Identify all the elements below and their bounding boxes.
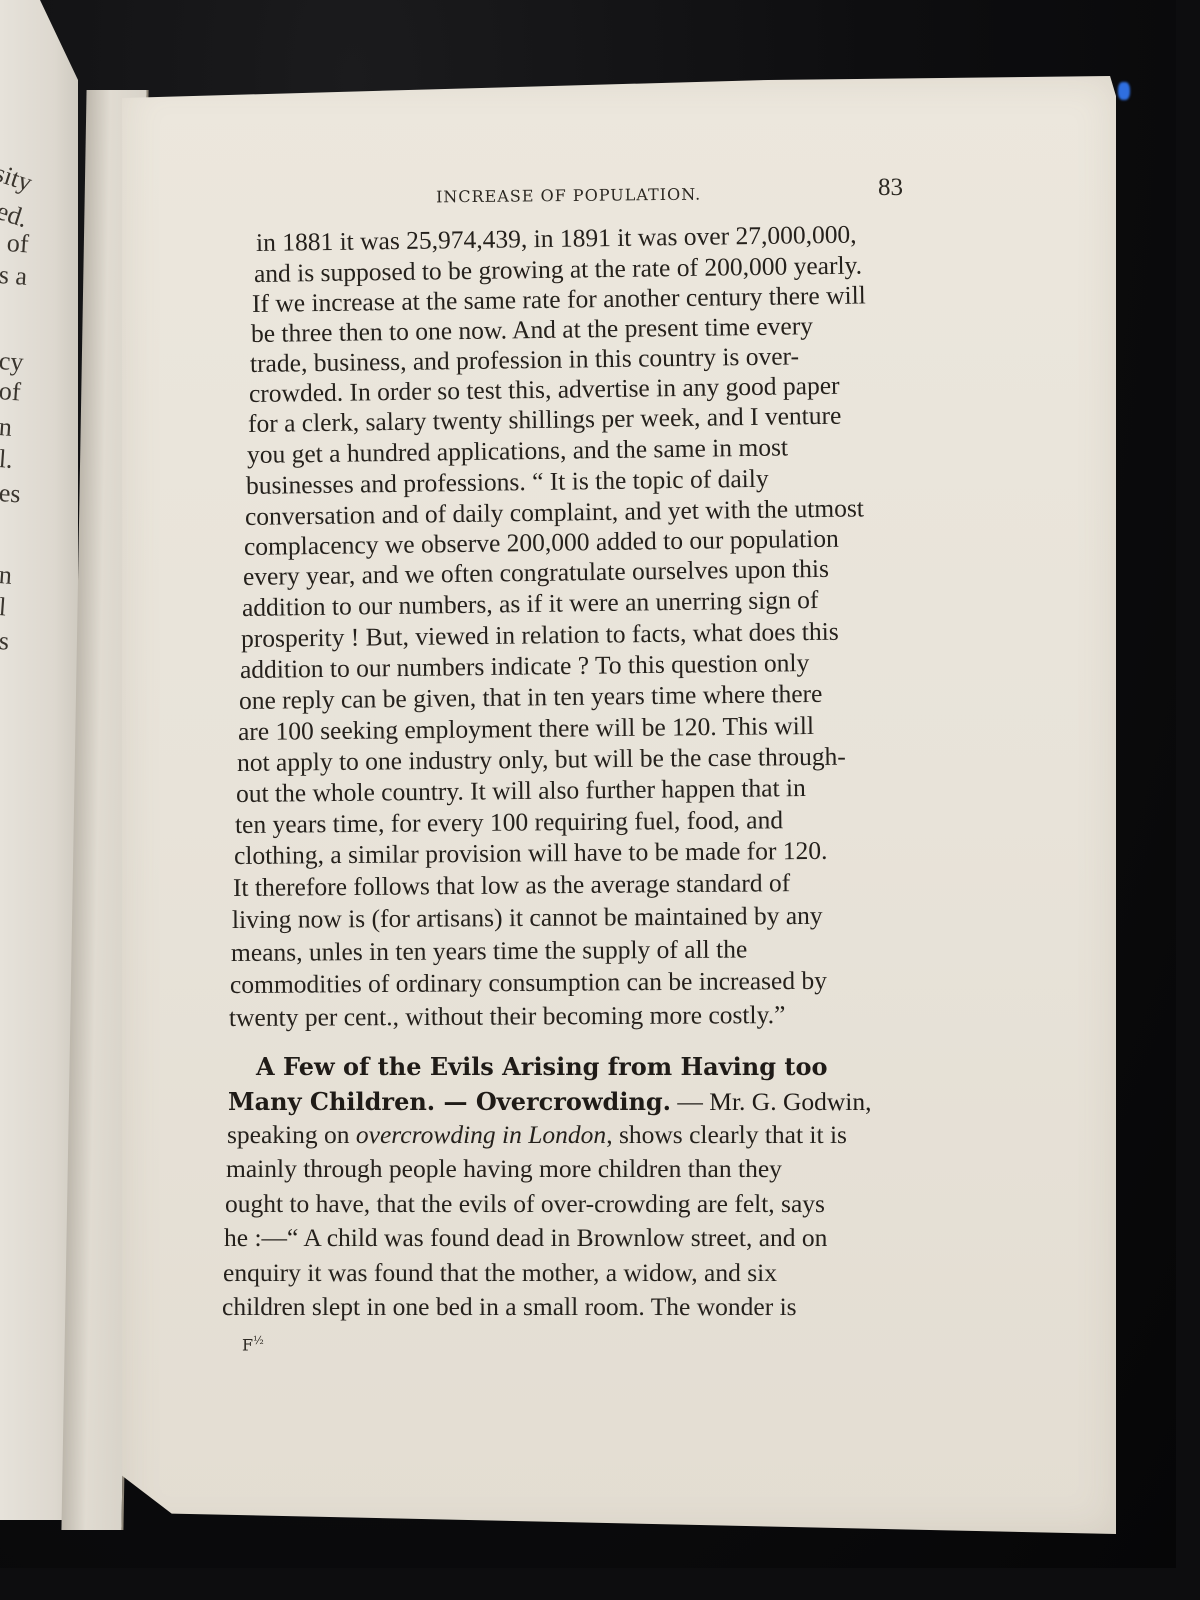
section-heading-line-2: Many Children. — Overcrowding. — Mr. G. … (228, 1087, 872, 1117)
text-line: enquiry it was found that the mother, a … (223, 1258, 777, 1288)
text-run: speaking on (227, 1120, 356, 1149)
text-line: are 100 seeking employment there will be… (238, 711, 814, 747)
text-line: It therefore follows that low as the ave… (233, 868, 790, 903)
signature-fraction: ½ (253, 1334, 264, 1347)
text-line: one reply can be given, that in ten year… (239, 679, 823, 716)
italic-title: overcrowding in London (356, 1120, 606, 1149)
text-line: commodities of ordinary consumption can … (230, 966, 827, 1000)
text-run: , shows clearly that it is (606, 1120, 847, 1149)
text-line: means, unles in ten years time the suppl… (231, 934, 747, 968)
text-line: children slept in one bed in a small roo… (222, 1292, 797, 1322)
text-line: living now is (for artisans) it cannot b… (232, 901, 823, 935)
text-line: twenty per cent., without their becoming… (229, 1000, 786, 1033)
author-reference: — Mr. G. Godwin, (671, 1087, 871, 1116)
text-line: clothing, a similar provision will have … (234, 836, 828, 871)
running-head: INCREASE OF POPULATION. (436, 185, 701, 207)
text-line: he :—“ A child was found dead in Brownlo… (224, 1223, 827, 1253)
page-number: 83 (878, 174, 903, 202)
signature-mark: F½ (242, 1334, 264, 1354)
page-content: INCREASE OF POPULATION. 83 in 1881 it wa… (0, 0, 1176, 1568)
text-line: ten years time, for every 100 requiring … (235, 805, 783, 840)
section-subheading: Many Children. — Overcrowding. (228, 1087, 671, 1116)
section-heading: A Few of the Evils Arising from Having t… (256, 1052, 827, 1081)
signature-letter: F (242, 1335, 253, 1354)
text-line: not apply to one industry only, but will… (237, 742, 846, 778)
text-line: out the whole country. It will also furt… (236, 773, 806, 809)
text-line: speaking on overcrowding in London, show… (227, 1120, 847, 1150)
text-line: ought to have, that the evils of over-cr… (225, 1189, 825, 1219)
text-line: mainly through people having more childr… (226, 1154, 782, 1184)
